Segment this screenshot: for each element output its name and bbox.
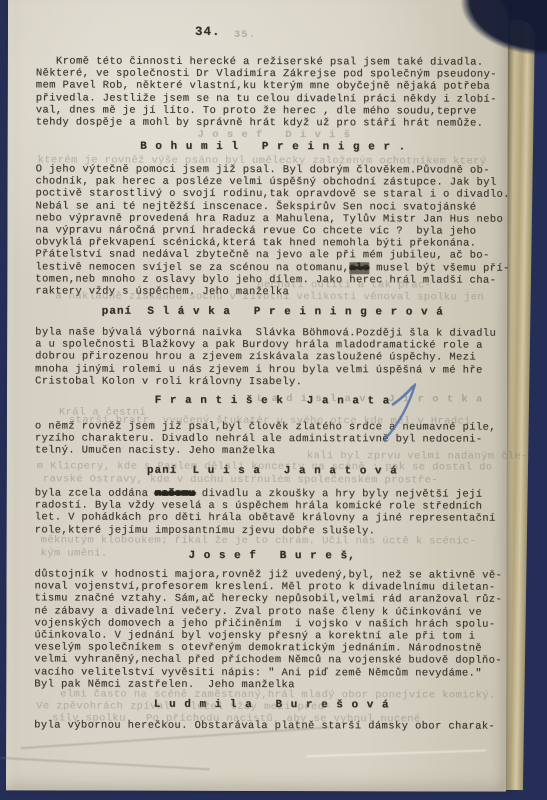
typewritten-line: tismu značné vztahy. Sám,ač herecky nepů… [34,593,509,606]
typewritten-line: Nebál se ani té nejtěžší inscenace. Šeks… [35,200,510,213]
typewritten-line: mnoha jinými rolemi u nás zjevem i hrou … [35,363,510,376]
heading-slavka-preiningerova: paní S l á v k a P r e i n i n g e r o v… [35,305,510,318]
typewritten-line: Byl pak Němci zastřelen. Jeho manželka [34,678,509,691]
intro-paragraph: Kromě této činnosti herecké a režiserské… [36,55,511,129]
heading-frantisek-janata: F r a n t i š e k J a n a t a [35,394,510,407]
page-number: 34. [195,25,221,39]
line-text: divadlu a zkoušky a hry byly největší je… [195,488,482,501]
heading-bohumil-preiniger: B o h u m i l P r e i n i g e r . [36,140,511,153]
typewritten-line: telný. Umučen nacisty. Jeho manželka [35,445,510,458]
line-text: byla zcela oddána [35,487,155,499]
typewritten-line: let. V pohádkách pro děti hrála obětavě … [35,512,510,525]
heading-ludmila-buresova: L u d m i l a B u r e š o v á [34,698,509,711]
typewritten-page: 34. Kromě této činnosti herecké a režise… [6,0,508,792]
typewritten-line: vacího velitelství vyvěsiti nápis: " Ani… [34,666,509,679]
line-text: lestivě nemocen svíjel se za scénou na o… [35,261,349,274]
typewritten-line: velmi vyhraněný,nechal před příchodem Ně… [34,654,509,667]
scanned-book-photo: { "page": { "number": "34." }, "colors":… [0,0,547,800]
typewritten-line: poctivě starostlivý o svojí rodinu,tak o… [36,188,511,201]
heading-luisa-janatova: paní L u i s a J a n a t o v á [35,464,510,477]
paragraph-slavka-preiningerova: byla naše bývalá výborná naivka Slávka B… [35,326,510,388]
typewritten-line: přivedla. Jestliže jsem se na tu celou d… [36,92,511,105]
typewritten-line: tehdy dospěje a mohl by správně hrát kdy… [36,116,511,129]
paragraph-luisa-janatova: byla zcela oddána našemu divadlu a zkouš… [35,487,510,537]
struck-word: ale [349,262,369,274]
typewritten-line: raktery vždy s úspěchem. Jeho manželka [35,285,510,298]
paragraph-frantisek-janata: o němž rovněž jsem již psal,byl člověk z… [35,420,510,458]
paragraph-bohumil-preiniger: O jeho výtečně pomoci jsem již psal. Byl… [35,163,510,298]
typed-text-layer: 34. Kromě této činnosti herecké a režise… [6,0,508,792]
pen-mark-annotation [373,381,427,443]
typewritten-line: dobrou přirozenou hrou a zjevem získával… [35,351,510,364]
typewritten-line: role,které jejímu imposantnímu zjevu dob… [35,524,510,537]
struck-word: našemu [155,488,195,500]
typewritten-line: mem Pavel Rob, některé vlastní,ku kterým… [36,80,511,93]
paragraph-josef-bures: důstojník v hodnosti majora,rovněž již u… [34,568,509,691]
typewritten-line: né zábavy a divadelní večery. Zval proto… [34,605,509,618]
typewritten-line: lestivě nemocen svíjel se za scénou na o… [35,261,510,274]
typewritten-line: Cristobal Kolon v roli královny Isabely. [35,375,510,388]
line-text: musel být všemu pří- [369,262,509,274]
heading-josef-bures: J o s e f B u r e š, [35,549,510,562]
